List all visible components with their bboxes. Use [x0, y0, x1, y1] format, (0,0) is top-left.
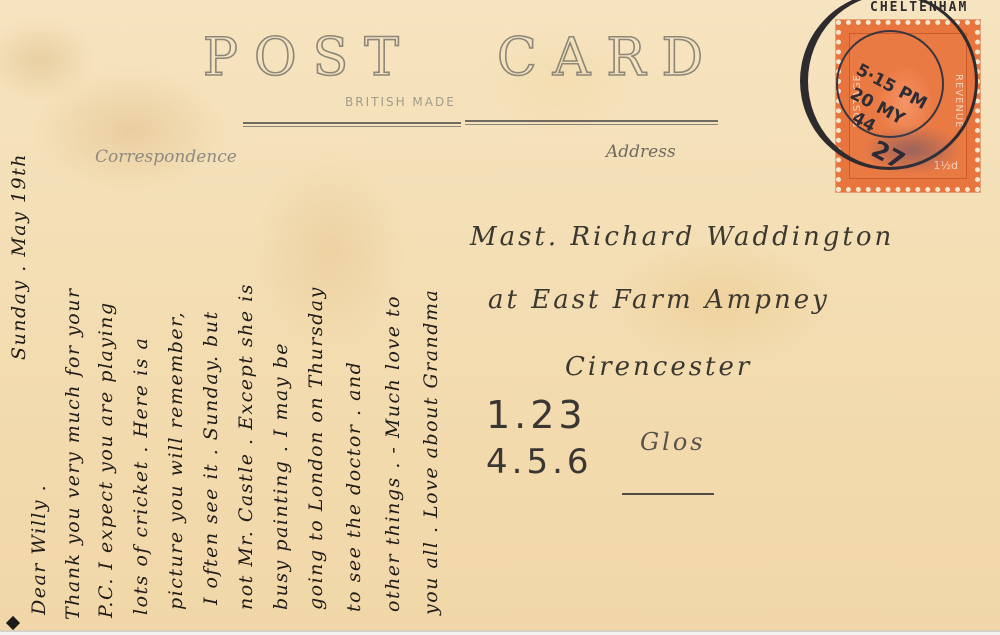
message-line: going to London on Thursday [305, 286, 327, 610]
message-line: P.C. I expect you are playing [95, 301, 117, 618]
postcard-back: POST CARD BRITISH MADE Correspondence Ad… [0, 0, 1000, 632]
message-line: Dear Willy . [28, 484, 50, 615]
postmark-town: CHELTENHAM [870, 0, 968, 15]
header-rule-left [243, 122, 461, 124]
message-line: busy painting . I may be [270, 342, 292, 610]
title-card: CARD [497, 28, 719, 88]
address-line-street: at East Farm Ampney [488, 285, 830, 315]
message-line: Sunday . May 19th [8, 153, 30, 360]
address-underline [622, 493, 714, 495]
message-line: to see the doctor . and [343, 361, 365, 612]
pencil-note-line1: 1.23 [486, 393, 587, 437]
title-post: POST [203, 28, 415, 88]
message-line: picture you will remember, [165, 311, 187, 610]
header-rule-right [465, 120, 718, 122]
address-line-town: Cirencester [565, 352, 752, 382]
ink-corner-mark [6, 616, 20, 630]
message-line: lots of cricket . Here is a [130, 337, 152, 615]
address-label: Address [606, 142, 676, 162]
message-line: Thank you very much for your [62, 287, 84, 620]
message-line: I often see it . Sunday. but [200, 310, 222, 605]
british-made-label: BRITISH MADE [345, 95, 456, 109]
correspondence-label: Correspondence [95, 147, 237, 167]
message-line: you all . Love about Grandma [420, 289, 442, 615]
pencil-note-line2: 4.5.6 [486, 442, 593, 482]
address-line-county: Glos [640, 428, 706, 456]
message-line: other things . - Much love to [382, 295, 404, 612]
message-line: not Mr. Castle . Except she is [235, 283, 257, 610]
address-line-name: Mast. Richard Waddington [470, 222, 894, 252]
